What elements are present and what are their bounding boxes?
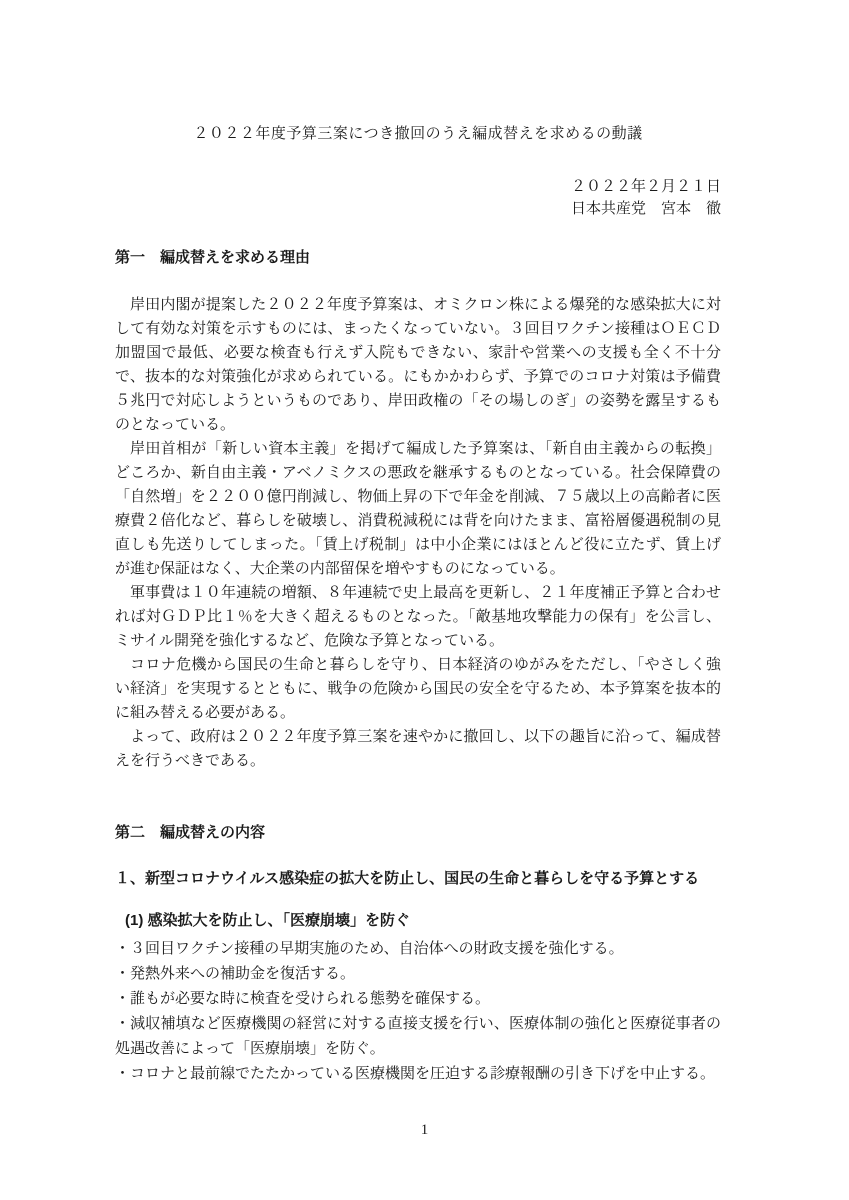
document-author: 日本共産党 宮本 徹 bbox=[115, 198, 721, 220]
paragraph-5: よって、政府は２０２２年度予算三案を速やかに撤回し、以下の趣旨に沿って、編成替え… bbox=[115, 725, 721, 773]
bullet-item-3: ・誰もが必要な時に検査を受けられる態勢を確保する。 bbox=[115, 987, 721, 1012]
document-page: ２０２２年度予算三案につき撤回のうえ編成替えを求めるの動議 ２０２２年２月２１日… bbox=[0, 0, 849, 1200]
section-2-heading: 第二 編成替えの内容 bbox=[115, 821, 721, 845]
bullet-item-4: ・減収補填など医療機関の経営に対する直接支援を行い、医療体制の強化と医療従事者の… bbox=[115, 1012, 721, 1062]
page-number: 1 bbox=[0, 1120, 849, 1140]
document-date: ２０２２年２月２１日 bbox=[115, 176, 721, 198]
bullet-item-2: ・発熱外来への補助金を復活する。 bbox=[115, 962, 721, 987]
item-1-bullet-list: ・３回目ワクチン接種の早期実施のため、自治体への財政支援を強化する。 ・発熱外来… bbox=[115, 937, 721, 1087]
paragraph-1: 岸田内閣が提案した２０２２年度予算案は、オミクロン株による爆発的な感染拡大に対し… bbox=[115, 293, 721, 437]
bullet-item-1: ・３回目ワクチン接種の早期実施のため、自治体への財政支援を強化する。 bbox=[115, 937, 721, 962]
paragraph-4: コロナ危機から国民の生命と暮らしを守り、日本経済のゆがみをただし、「やさしく強い… bbox=[115, 653, 721, 725]
subsection-1-heading: １、新型コロナウイルス感染症の拡大を防止し、国民の生命と暮らしを守る予算とする bbox=[115, 867, 721, 891]
byline: ２０２２年２月２１日 日本共産党 宮本 徹 bbox=[115, 176, 721, 220]
document-content: ２０２２年度予算三案につき撤回のうえ編成替えを求めるの動議 ２０２２年２月２１日… bbox=[115, 0, 721, 1087]
item-1-heading: (1) 感染拡大を防止し、「医療崩壊」を防ぐ bbox=[115, 909, 721, 933]
paragraph-3: 軍事費は１０年連続の増額、８年連続で史上最高を更新し、２１年度補正予算と合わせれ… bbox=[115, 581, 721, 653]
section-1-heading: 第一 編成替えを求める理由 bbox=[115, 246, 721, 270]
section-1-body: 岸田内閣が提案した２０２２年度予算案は、オミクロン株による爆発的な感染拡大に対し… bbox=[115, 293, 721, 773]
bullet-item-5: ・コロナと最前線でたたかっている医療機関を圧迫する診療報酬の引き下げを中止する。 bbox=[115, 1062, 721, 1087]
paragraph-2: 岸田首相が「新しい資本主義」を掲げて編成した予算案は、「新自由主義からの転換」ど… bbox=[115, 437, 721, 581]
document-title: ２０２２年度予算三案につき撤回のうえ編成替えを求めるの動議 bbox=[115, 122, 721, 146]
